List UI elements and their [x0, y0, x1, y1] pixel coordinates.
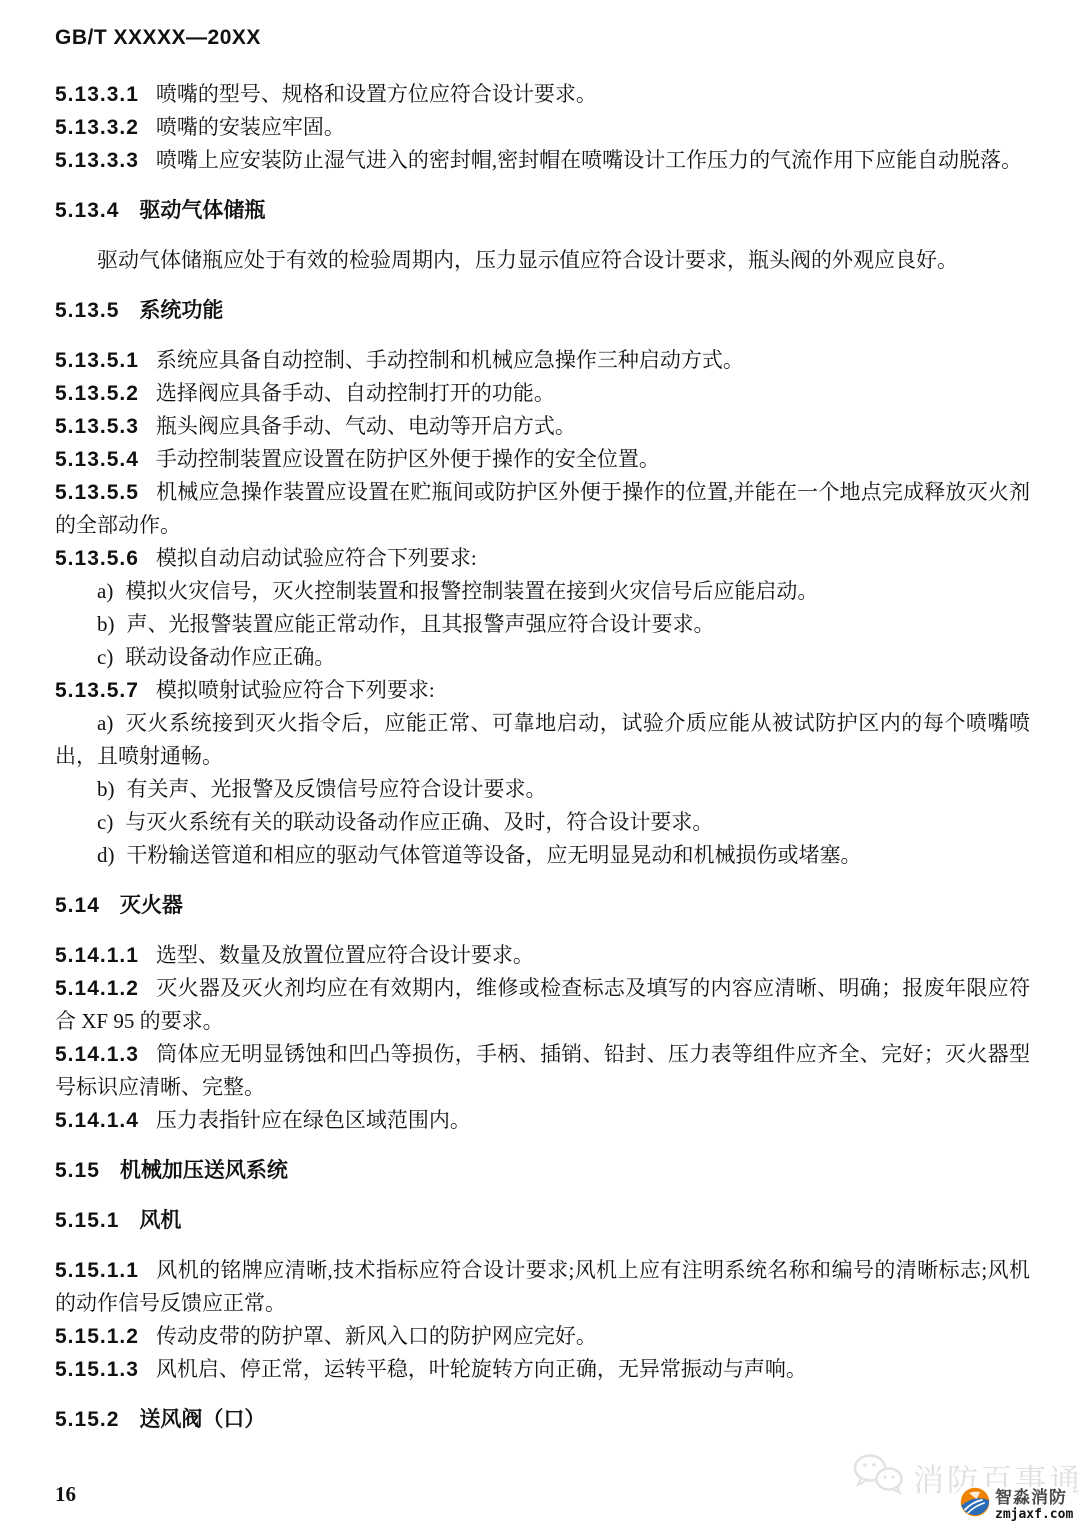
clause-number: 5.15.1: [55, 1209, 119, 1232]
block-text: 机械加压送风系统: [120, 1159, 288, 1182]
clause: 5.13.5.5机械应急操作装置应设置在贮瓶间或防护区外便于操作的位置,并能在一…: [55, 476, 1030, 542]
clause: 5.15.1.1风机的铭牌应清晰,技术指标应符合设计要求;风机上应有注明系统名称…: [55, 1254, 1030, 1320]
clause: 5.15.1.2传动皮带的防护罩、新风入口的防护网应完好。: [55, 1320, 1030, 1353]
clause-number: 5.14.1.3: [55, 1043, 139, 1066]
block-text: 压力表指针应在绿色区域范围内。: [156, 1108, 471, 1132]
clause: 5.15.1.3风机启、停正常，运转平稳，叶轮旋转方向正确，无异常振动与声响。: [55, 1353, 1030, 1386]
clause-number: 5.13.3.3: [55, 149, 139, 172]
block-text: 系统应具备自动控制、手动控制和机械应急操作三种启动方式。: [156, 348, 744, 372]
block-text: 风机的铭牌应清晰,技术指标应符合设计要求;风机上应有注明系统名称和编号的清晰标志…: [55, 1258, 1030, 1315]
list-item: b)声、光报警装置应能正常动作，且其报警声强应符合设计要求。: [55, 608, 1030, 641]
block-text: 声、光报警装置应能正常动作，且其报警声强应符合设计要求。: [127, 612, 715, 636]
list-item: a)模拟火灾信号，灭火控制装置和报警控制装置在接到火灾信号后应能启动。: [55, 575, 1030, 608]
site-logo: 智淼消防 zmjaxf.com: [960, 1487, 1073, 1522]
clause: 5.14.1.3筒体应无明显锈蚀和凹凸等损伤，手柄、插销、铅封、压力表等组件应齐…: [55, 1038, 1030, 1104]
block-text: 喷嘴的型号、规格和设置方位应符合设计要求。: [156, 82, 597, 106]
clause-number: 5.14.1.4: [55, 1109, 139, 1132]
block-text: 模拟火灾信号，灭火控制装置和报警控制装置在接到火灾信号后应能启动。: [125, 579, 818, 603]
list-label: b): [97, 777, 115, 801]
clause-number: 5.13.5.5: [55, 481, 139, 504]
clause-number: 5.13.5: [55, 299, 119, 322]
clause-number: 5.13.3.2: [55, 116, 139, 139]
clause-number: 5.13.5.6: [55, 547, 139, 570]
clause: 5.14.1.4压力表指针应在绿色区域范围内。: [55, 1104, 1030, 1137]
zhimiao-logo-icon: [960, 1487, 990, 1522]
standard-code: GB/T XXXXX—20XX: [55, 26, 1030, 50]
section-heading: 5.14灭火器: [55, 889, 1030, 922]
clause: 5.13.3.2喷嘴的安装应牢固。: [55, 111, 1030, 144]
block-text: 模拟喷射试验应符合下列要求:: [156, 678, 435, 702]
block-text: 传动皮带的防护罩、新风入口的防护网应完好。: [156, 1324, 597, 1348]
clause-number: 5.14: [55, 894, 100, 917]
block-text: 选择阀应具备手动、自动控制打开的功能。: [156, 381, 555, 405]
clause-number: 5.15: [55, 1159, 100, 1182]
list-label: a): [97, 579, 113, 603]
list-label: b): [97, 612, 115, 636]
block-text: 送风阀（口）: [139, 1408, 265, 1431]
block-text: 系统功能: [139, 299, 223, 322]
page-number: 16: [55, 1482, 76, 1507]
block-text: 瓶头阀应具备手动、气动、电动等开启方式。: [156, 414, 576, 438]
block-text: 灭火系统接到灭火指令后，应能正常、可靠地启动，试验介质应能从被试防护区内的每个喷…: [55, 711, 1030, 768]
section-heading: 5.15机械加压送风系统: [55, 1154, 1030, 1187]
clause-number: 5.15.1.1: [55, 1259, 139, 1282]
clause-number: 5.14.1.2: [55, 977, 139, 1000]
list-item: d)干粉输送管道和相应的驱动气体管道等设备，应无明显晃动和机械损伤或堵塞。: [55, 839, 1030, 872]
block-text: 风机: [139, 1209, 181, 1232]
document-content: GB/T XXXXX—20XX 5.13.3.1喷嘴的型号、规格和设置方位应符合…: [0, 0, 1080, 1436]
block-text: 喷嘴的安装应牢固。: [156, 115, 345, 139]
paragraph: 驱动气体储瓶应处于有效的检验周期内，压力显示值应符合设计要求，瓶头阀的外观应良好…: [55, 244, 1030, 277]
clause: 5.13.3.3喷嘴上应安装防止湿气进入的密封帽,密封帽在喷嘴设计工作压力的气流…: [55, 144, 1030, 177]
document-body: 5.13.3.1喷嘴的型号、规格和设置方位应符合设计要求。5.13.3.2喷嘴的…: [55, 78, 1030, 1436]
block-text: 选型、数量及放置位置应符合设计要求。: [156, 943, 534, 967]
block-text: 灭火器及灭火剂均应在有效期内，维修或检查标志及填写的内容应清晰、明确；报废年限应…: [55, 976, 1030, 1033]
clause: 5.13.5.6模拟自动启动试验应符合下列要求:: [55, 542, 1030, 575]
block-text: 风机启、停正常，运转平稳，叶轮旋转方向正确，无异常振动与声响。: [156, 1357, 807, 1381]
list-item: c)联动设备动作应正确。: [55, 641, 1030, 674]
section-heading: 5.15.2送风阀（口）: [55, 1403, 1030, 1436]
section-heading: 5.13.4驱动气体储瓶: [55, 194, 1030, 227]
clause-number: 5.13.5.4: [55, 448, 139, 471]
clause-number: 5.13.5.2: [55, 382, 139, 405]
block-text: 模拟自动启动试验应符合下列要求:: [156, 546, 477, 570]
clause-number: 5.15.1.2: [55, 1325, 139, 1348]
block-text: 干粉输送管道和相应的驱动气体管道等设备，应无明显晃动和机械损伤或堵塞。: [127, 843, 862, 867]
list-label: c): [97, 645, 113, 669]
block-text: 有关声、光报警及反馈信号应符合设计要求。: [127, 777, 547, 801]
clause: 5.13.5.2选择阀应具备手动、自动控制打开的功能。: [55, 377, 1030, 410]
logo-domain: zmjaxf.com: [995, 1508, 1073, 1521]
clause: 5.13.5.4手动控制装置应设置在防护区外便于操作的安全位置。: [55, 443, 1030, 476]
clause: 5.13.5.3瓶头阀应具备手动、气动、电动等开启方式。: [55, 410, 1030, 443]
logo-name: 智淼消防: [995, 1489, 1073, 1506]
section-heading: 5.13.5系统功能: [55, 294, 1030, 327]
clause-number: 5.13.5.7: [55, 679, 139, 702]
block-text: 与灭火系统有关的联动设备动作应正确、及时，符合设计要求。: [125, 810, 713, 834]
block-text: 驱动气体储瓶: [139, 199, 265, 222]
list-item: c)与灭火系统有关的联动设备动作应正确、及时，符合设计要求。: [55, 806, 1030, 839]
list-label: a): [97, 711, 113, 735]
clause: 5.14.1.2灭火器及灭火剂均应在有效期内，维修或检查标志及填写的内容应清晰、…: [55, 972, 1030, 1038]
list-item: b)有关声、光报警及反馈信号应符合设计要求。: [55, 773, 1030, 806]
chat-bubbles-icon: [853, 1452, 907, 1503]
clause-number: 5.15.1.3: [55, 1358, 139, 1381]
clause-number: 5.13.4: [55, 199, 119, 222]
list-label: c): [97, 810, 113, 834]
clause-number: 5.13.5.1: [55, 349, 139, 372]
list-item: a)灭火系统接到灭火指令后，应能正常、可靠地启动，试验介质应能从被试防护区内的每…: [55, 707, 1030, 773]
block-text: 筒体应无明显锈蚀和凹凸等损伤，手柄、插销、铅封、压力表等组件应齐全、完好；灭火器…: [55, 1042, 1030, 1099]
block-text: 联动设备动作应正确。: [125, 645, 335, 669]
block-text: 手动控制装置应设置在防护区外便于操作的安全位置。: [156, 447, 660, 471]
clause: 5.14.1.1选型、数量及放置位置应符合设计要求。: [55, 939, 1030, 972]
clause: 5.13.5.7模拟喷射试验应符合下列要求:: [55, 674, 1030, 707]
document-page: GB/T XXXXX—20XX 5.13.3.1喷嘴的型号、规格和设置方位应符合…: [0, 0, 1080, 1525]
block-text: 驱动气体储瓶应处于有效的检验周期内，压力显示值应符合设计要求，瓶头阀的外观应良好…: [97, 248, 958, 272]
clause-number: 5.13.5.3: [55, 415, 139, 438]
section-heading: 5.15.1风机: [55, 1204, 1030, 1237]
clause: 5.13.3.1喷嘴的型号、规格和设置方位应符合设计要求。: [55, 78, 1030, 111]
clause-number: 5.13.3.1: [55, 83, 139, 106]
clause: 5.13.5.1系统应具备自动控制、手动控制和机械应急操作三种启动方式。: [55, 344, 1030, 377]
block-text: 机械应急操作装置应设置在贮瓶间或防护区外便于操作的位置,并能在一个地点完成释放灭…: [55, 480, 1030, 537]
clause-number: 5.15.2: [55, 1408, 119, 1431]
block-text: 喷嘴上应安装防止湿气进入的密封帽,密封帽在喷嘴设计工作压力的气流作用下应能自动脱…: [156, 148, 1022, 172]
clause-number: 5.14.1.1: [55, 944, 139, 967]
block-text: 灭火器: [120, 894, 183, 917]
list-label: d): [97, 843, 115, 867]
